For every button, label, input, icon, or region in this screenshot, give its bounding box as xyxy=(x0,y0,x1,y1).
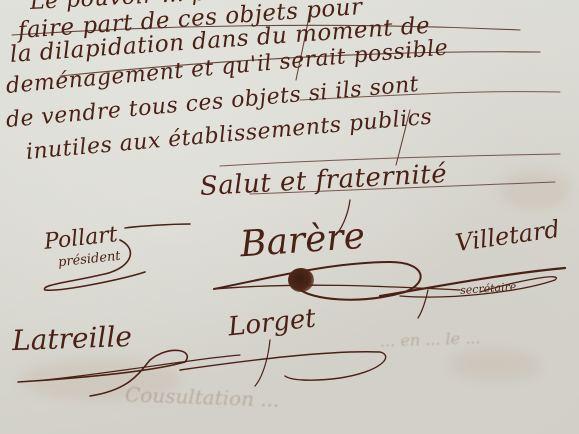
manuscript-page: ... en ... le ... Cousultation ... Le po… xyxy=(0,0,579,434)
signature-title-secretaire: secrétaire xyxy=(460,280,517,297)
ink-blot xyxy=(288,268,314,292)
signature-barere: Barère xyxy=(239,216,367,266)
signature-villetard: Villetard xyxy=(454,215,562,257)
signature-latreille: Latreille xyxy=(11,320,132,357)
bleed-through-text: Cousultation ... xyxy=(125,382,280,411)
paper-stain xyxy=(500,170,570,210)
signature-lorget: Lorget xyxy=(227,303,317,342)
bleed-through-text: ... en ... le ... xyxy=(380,328,481,350)
paper-stain xyxy=(450,350,540,380)
closing-salutation: Salut et fraternité xyxy=(199,159,448,202)
